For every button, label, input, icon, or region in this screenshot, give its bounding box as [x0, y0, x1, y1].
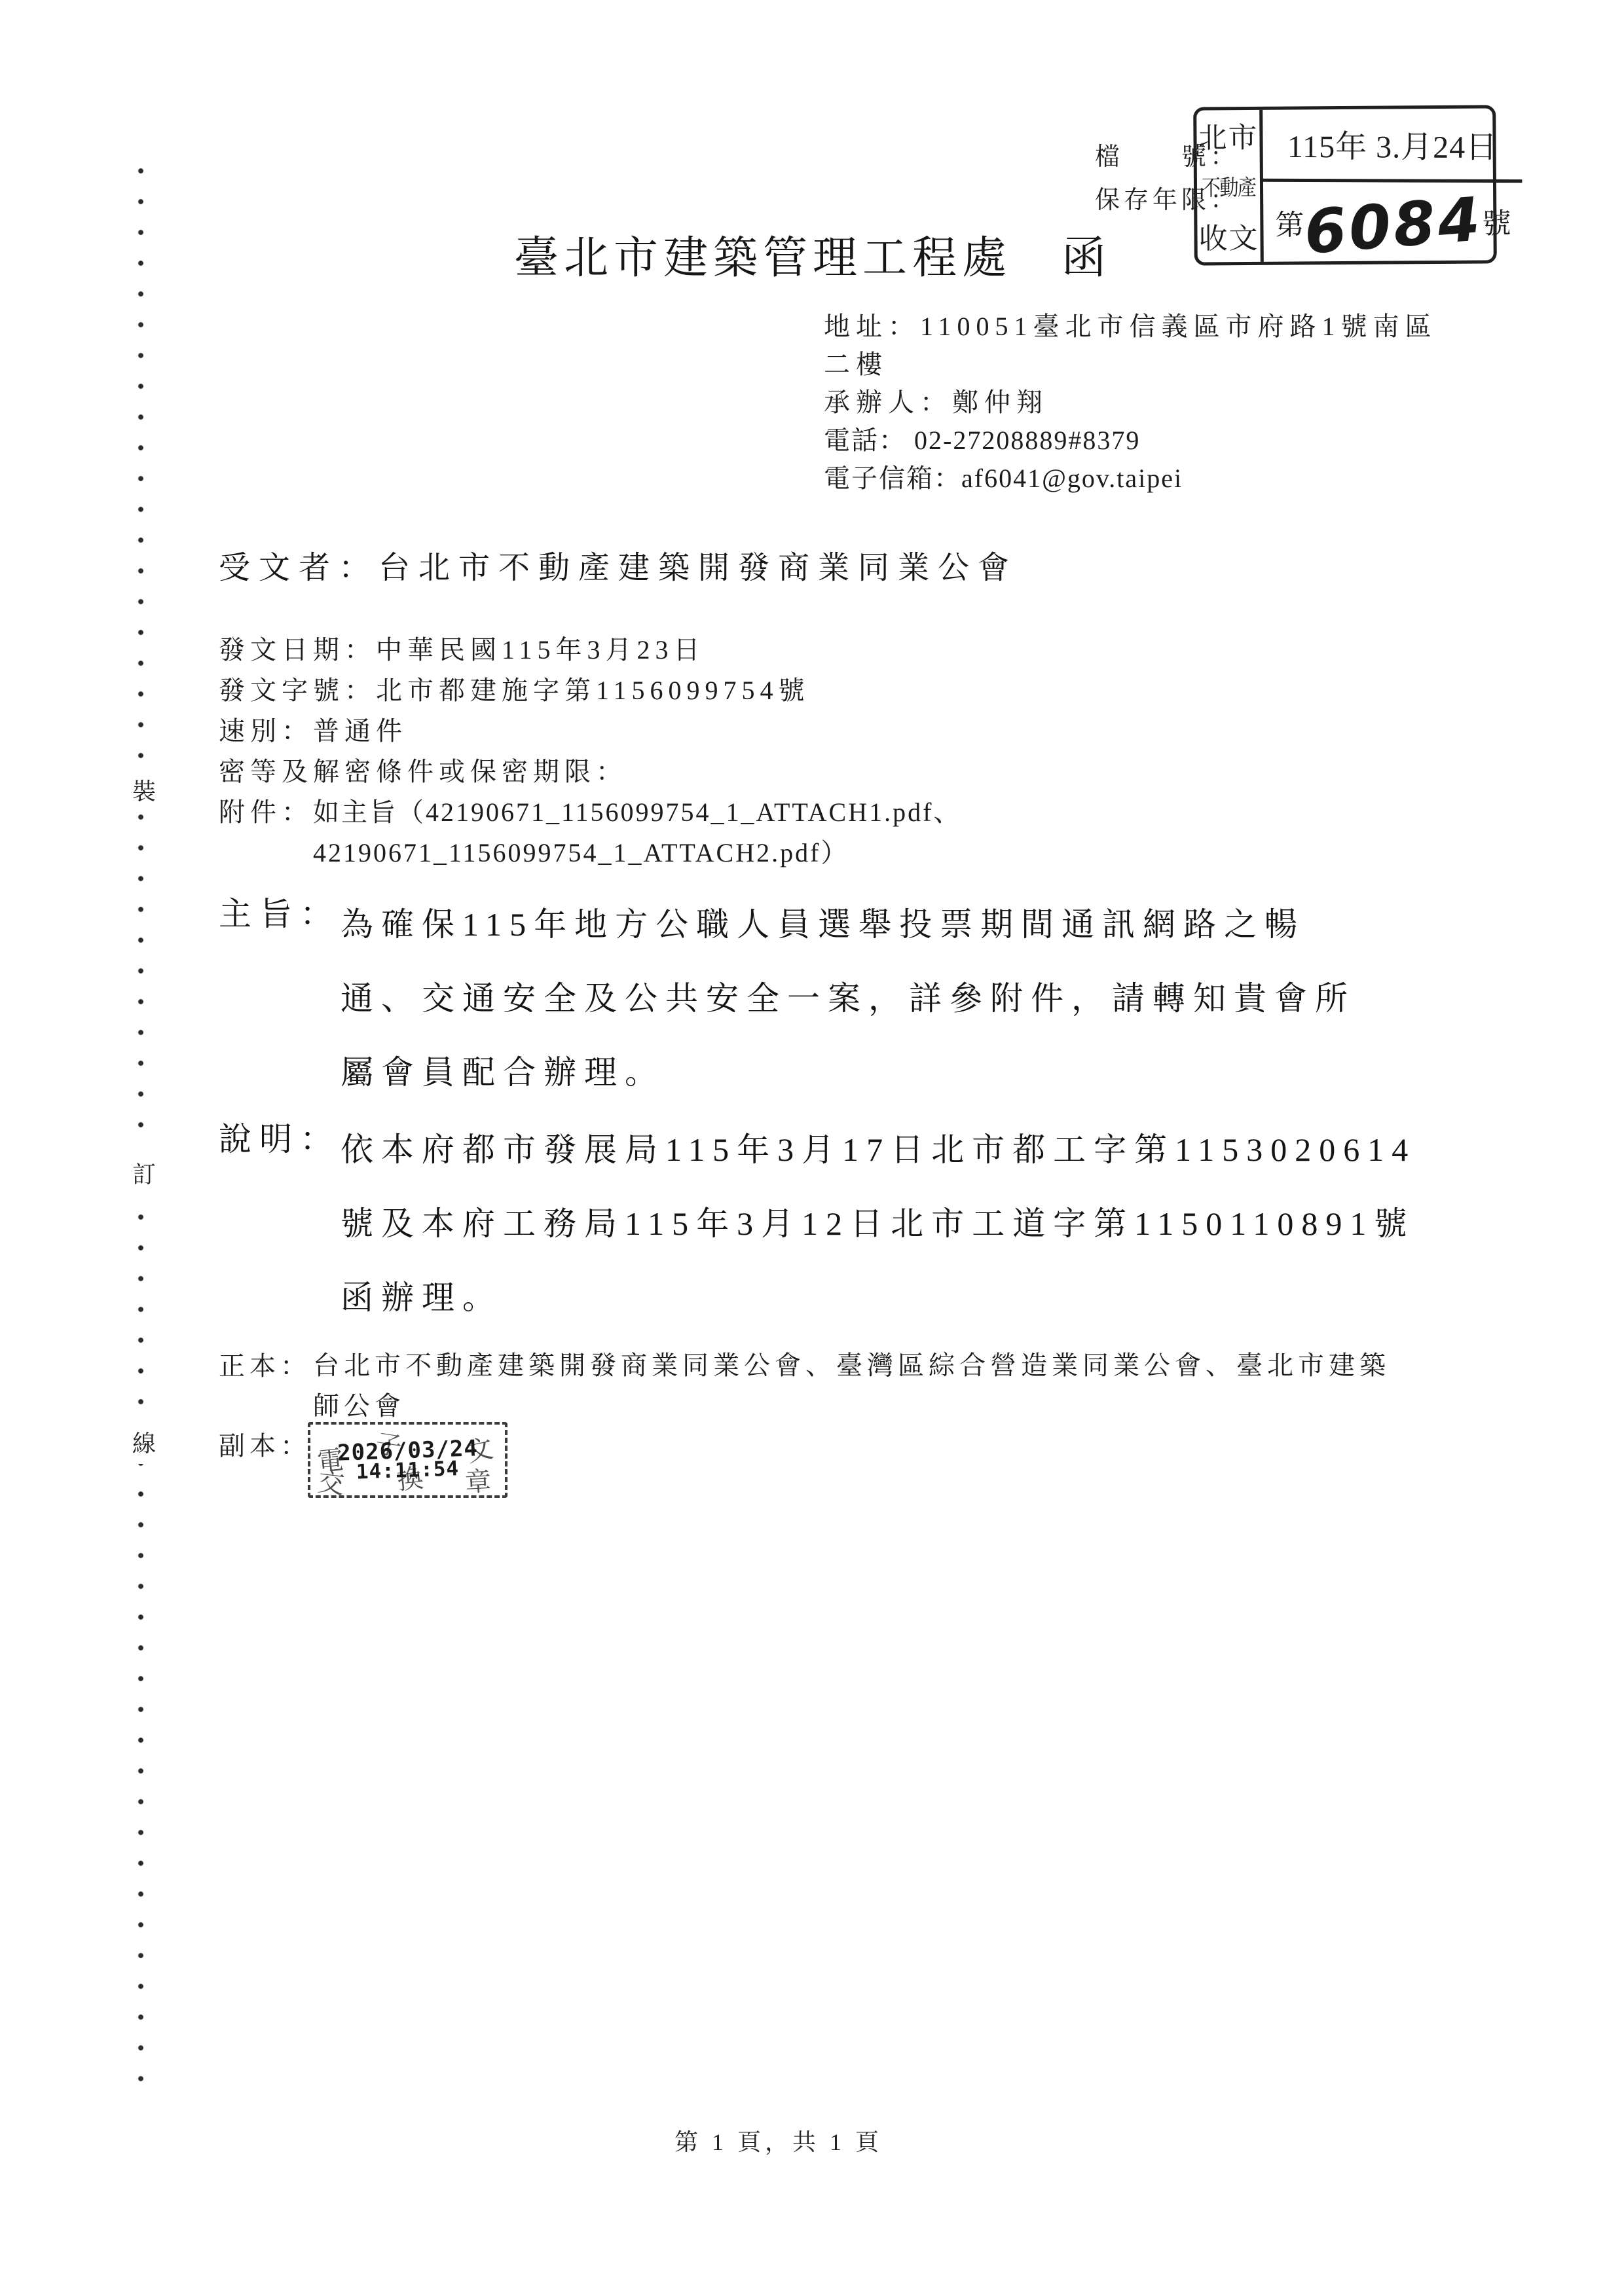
- received-stamp: 北市 不動產 收文 115年 3.月24日 第 6084 號: [1193, 105, 1497, 265]
- description-line-3: 函辦理。: [341, 1261, 1416, 1335]
- binding-mark-xian: 線: [130, 1420, 158, 1464]
- received-stamp-org-line1: 北市: [1198, 114, 1258, 156]
- document-page: 裝 訂 線 檔 號： 保存年限： 北市 不動產 收文 115年 3.月24日 第…: [0, 0, 1624, 2296]
- received-stamp-date: 115年 3.月24日: [1263, 109, 1522, 183]
- sender-contact: 承辦人：鄭仲翔: [824, 384, 1437, 422]
- original-copy-line-2: 師公會: [313, 1386, 1390, 1427]
- meta-speed: 速別：普通件: [219, 711, 961, 752]
- received-stamp-org-line3: 收文: [1198, 215, 1259, 257]
- original-copy-body: 台北市不動產建築開發商業同業公會、臺灣區綜合營造業同業公會、臺北市建築 師公會: [313, 1345, 1390, 1427]
- document-title: 臺北市建築管理工程處 函: [514, 223, 1111, 286]
- original-copy-line-1: 台北市不動產建築開發商業同業公會、臺灣區綜合營造業同業公會、臺北市建築: [313, 1345, 1390, 1386]
- attachment-files: 如主旨（42190671_1156099754_1_ATTACH1.pdf、 4…: [313, 792, 961, 873]
- subject-line-2: 通、交通安全及公共安全一案，詳參附件，請轉知貴會所: [341, 962, 1356, 1036]
- sender-info: 地址：110051臺北市信義區市府路1號南區 二樓 承辦人：鄭仲翔 電話： 02…: [824, 308, 1437, 498]
- subject-body: 為確保115年地方公職人員選舉投票期間通訊網路之暢 通、交通安全及公共安全一案，…: [341, 888, 1356, 1110]
- received-stamp-number: 6084: [1302, 184, 1485, 268]
- original-copy-label: 正本：: [219, 1345, 311, 1383]
- meta-doc-number: 發文字號：北市都建施字第1156099754號: [219, 670, 961, 711]
- sender-phone: 電話： 02-27208889#8379: [824, 422, 1437, 460]
- cc-label: 副本：: [219, 1425, 311, 1463]
- received-stamp-right: 115年 3.月24日 第 6084 號: [1263, 108, 1523, 262]
- subject-line-1: 為確保115年地方公職人員選舉投票期間通訊網路之暢: [341, 888, 1356, 962]
- attachment-label: 附件：: [219, 792, 313, 873]
- sender-address-line2: 二樓: [824, 346, 1437, 384]
- subject-label: 主旨：: [219, 888, 341, 935]
- received-stamp-number-suffix: 號: [1482, 200, 1511, 242]
- binding-mark-ding: 訂: [130, 1151, 158, 1195]
- received-stamp-number-row: 第 6084 號: [1263, 181, 1523, 262]
- page-footer: 第 1 頁，共 1 頁: [674, 2124, 883, 2157]
- subject-line-3: 屬會員配合辦理。: [341, 1036, 1356, 1110]
- received-stamp-number-prefix: 第: [1275, 201, 1304, 243]
- binding-mark-zhuang: 裝: [130, 768, 158, 812]
- attachment-file-2: 42190671_1156099754_1_ATTACH2.pdf）: [313, 833, 961, 873]
- meta-attachment: 附件： 如主旨（42190671_1156099754_1_ATTACH1.pd…: [219, 792, 961, 873]
- sender-address-line1: 地址：110051臺北市信義區市府路1號南區: [824, 308, 1437, 346]
- sender-email: 電子信箱：af6041@gov.taipei: [824, 460, 1437, 498]
- recipient-line: 受文者：台北市不動產建築開發商業同業公會: [219, 542, 1018, 587]
- received-stamp-org-line2: 不動產: [1202, 169, 1256, 202]
- description-line-1: 依本府都市發展局115年3月17日北市都工字第1153020614: [341, 1113, 1416, 1187]
- received-stamp-org: 北市 不動產 收文: [1196, 110, 1264, 263]
- description-line-2: 號及本府工務局115年3月12日北市工道字第1150110891號: [341, 1187, 1416, 1261]
- meta-issue-date: 發文日期：中華民國115年3月23日: [219, 630, 961, 670]
- attachment-file-1: 如主旨（42190671_1156099754_1_ATTACH1.pdf、: [313, 792, 961, 833]
- description-body: 依本府都市發展局115年3月17日北市都工字第1153020614 號及本府工務…: [341, 1113, 1416, 1335]
- electronic-exchange-stamp: 電 子 文 交 換 章 2026/03/24 14:11:54: [308, 1422, 507, 1498]
- document-metadata: 發文日期：中華民國115年3月23日 發文字號：北市都建施字第115609975…: [219, 630, 961, 873]
- meta-security: 密等及解密條件或保密期限：: [219, 752, 961, 792]
- binding-dotted-line: [138, 167, 144, 2105]
- description-label: 說明：: [219, 1113, 341, 1160]
